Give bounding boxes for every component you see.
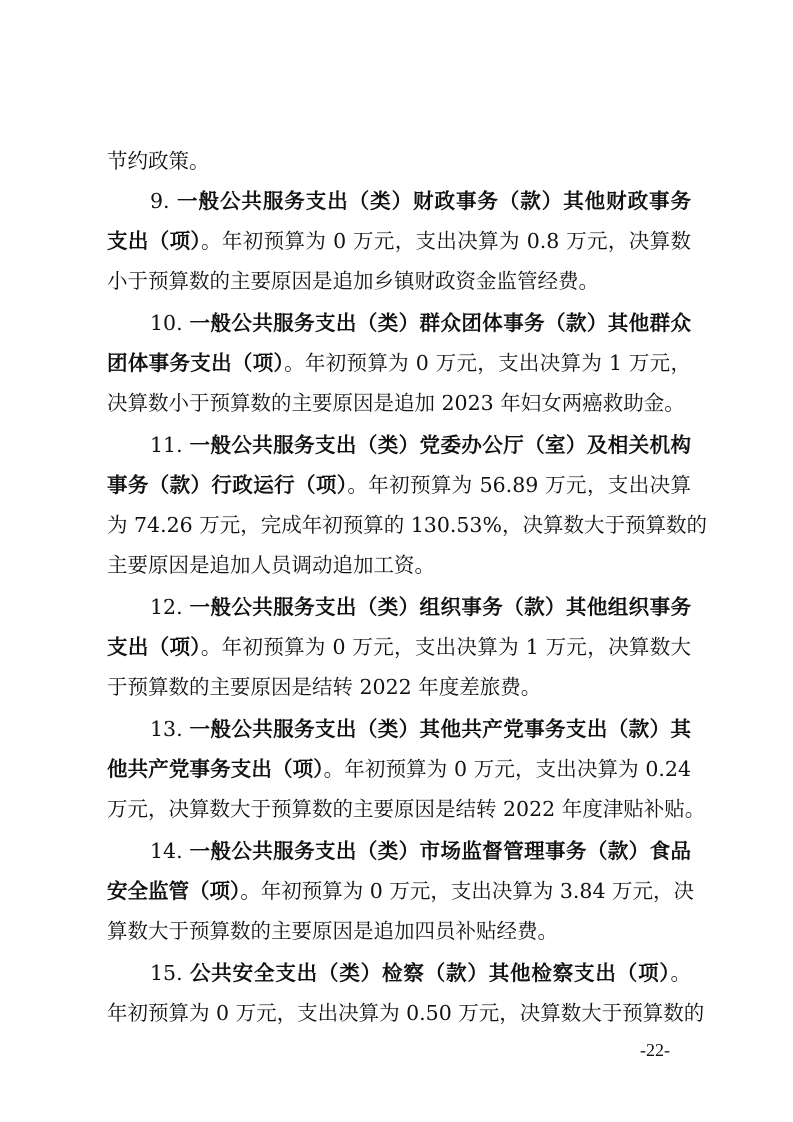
bold-text: 团体事务支出（项）: [107, 351, 284, 375]
text-line: 小于预算数的主要原因是追加乡镇财政资金监管经费。: [107, 266, 691, 296]
text-line: 主要原因是追加人员调动追加工资。: [107, 550, 691, 580]
text: 小于预算数的主要原因是追加乡镇财政资金监管经费。: [107, 269, 599, 293]
document-page: 节约政策。9. 一般公共服务支出（类）财政事务（款）其他财政事务支出（项）。年初…: [0, 0, 793, 1122]
paragraph-heading-line: 13. 一般公共服务支出（类）其他共产党事务支出（款）其: [150, 714, 691, 744]
text-line: 他共产党事务支出（项）。年初预算为 0 万元，支出决算为 0.24: [107, 754, 691, 784]
text-line: 团体事务支出（项）。年初预算为 0 万元，支出决算为 1 万元，: [107, 348, 691, 378]
paragraph-heading-line: 14. 一般公共服务支出（类）市场监督管理事务（款）食品: [150, 836, 691, 866]
paragraph-heading-line: 15. 公共安全支出（类）检察（款）其他检察支出（项）。: [150, 958, 691, 988]
text-line: 支出（项）。年初预算为 0 万元，支出决算为 0.8 万元，决算数: [107, 226, 691, 256]
text: 13.: [150, 717, 190, 741]
bold-text: 支出（项）: [107, 229, 201, 253]
text: 算数大于预算数的主要原因是追加四员补贴经费。: [107, 919, 558, 943]
bold-text: 一般公共服务支出（类）财政事务（款）其他财政事务: [177, 189, 691, 213]
text: 于预算数的主要原因是结转 2022 年度差旅费。: [107, 675, 541, 699]
bold-text: 一般公共服务支出（类）其他共产党事务支出（款）其: [190, 717, 691, 741]
bold-text: 安全监管（项）: [107, 879, 240, 903]
text: 为 74.26 万元，完成年初预算的 130.53%，决算数大于预算数的: [107, 513, 707, 537]
text: 。年初预算为 0 万元，支出决算为 0.24: [324, 757, 691, 781]
bold-text: 事务（款）行政运行（项）: [107, 473, 347, 497]
text-line: 节约政策。: [107, 146, 691, 176]
text: 主要原因是追加人员调动追加工资。: [107, 553, 435, 577]
text: 年初预算为 0 万元，支出决算为 0.50 万元，决算数大于预算数的: [107, 1001, 704, 1025]
text-line: 支出（项）。年初预算为 0 万元，支出决算为 1 万元，决算数大: [107, 632, 691, 662]
text: 万元，决算数大于预算数的主要原因是结转 2022 年度津贴补贴。: [107, 797, 705, 821]
text: 。: [671, 961, 692, 985]
text-line: 万元，决算数大于预算数的主要原因是结转 2022 年度津贴补贴。: [107, 794, 691, 824]
bold-text: 公共安全支出（类）检察（款）其他检察支出（项）: [190, 961, 671, 985]
text-line: 事务（款）行政运行（项）。年初预算为 56.89 万元，支出决算: [107, 470, 691, 500]
text-line: 决算数小于预算数的主要原因是追加 2023 年妇女两癌救助金。: [107, 388, 691, 418]
bold-text: 一般公共服务支出（类）市场监督管理事务（款）食品: [190, 839, 691, 863]
text: 决算数小于预算数的主要原因是追加 2023 年妇女两癌救助金。: [107, 391, 685, 415]
text-line: 于预算数的主要原因是结转 2022 年度差旅费。: [107, 672, 691, 702]
text: 10.: [150, 311, 190, 335]
paragraph-heading-line: 11. 一般公共服务支出（类）党委办公厅（室）及相关机构: [150, 430, 691, 460]
text: 15.: [150, 961, 190, 985]
bold-text: 支出（项）: [107, 635, 201, 659]
bold-text: 一般公共服务支出（类）组织事务（款）其他组织事务: [190, 595, 691, 619]
text: 节约政策。: [107, 149, 210, 173]
text: 9.: [150, 189, 177, 213]
text-line: 安全监管（项）。年初预算为 0 万元，支出决算为 3.84 万元，决: [107, 876, 691, 906]
bold-text: 一般公共服务支出（类）党委办公厅（室）及相关机构: [190, 433, 691, 457]
page-number: -22-: [640, 1040, 670, 1061]
text: 。年初预算为 0 万元，支出决算为 0.8 万元，决算数: [201, 229, 691, 253]
text-line: 算数大于预算数的主要原因是追加四员补贴经费。: [107, 916, 691, 946]
text: 。年初预算为 0 万元，支出决算为 1 万元，决算数大: [201, 635, 691, 659]
bold-text: 一般公共服务支出（类）群众团体事务（款）其他群众: [190, 311, 691, 335]
text: 。年初预算为 0 万元，支出决算为 3.84 万元，决: [240, 879, 694, 903]
text-line: 为 74.26 万元，完成年初预算的 130.53%，决算数大于预算数的: [107, 510, 691, 540]
text: 11.: [150, 433, 190, 457]
paragraph-heading-line: 9. 一般公共服务支出（类）财政事务（款）其他财政事务: [150, 186, 691, 216]
bold-text: 他共产党事务支出（项）: [107, 757, 324, 781]
paragraph-heading-line: 12. 一般公共服务支出（类）组织事务（款）其他组织事务: [150, 592, 691, 622]
paragraph-heading-line: 10. 一般公共服务支出（类）群众团体事务（款）其他群众: [150, 308, 691, 338]
text: 12.: [150, 595, 190, 619]
text: 。年初预算为 0 万元，支出决算为 1 万元，: [284, 351, 691, 375]
text: 14.: [150, 839, 190, 863]
text: 。年初预算为 56.89 万元，支出决算: [347, 473, 691, 497]
text-line: 年初预算为 0 万元，支出决算为 0.50 万元，决算数大于预算数的: [107, 998, 691, 1028]
